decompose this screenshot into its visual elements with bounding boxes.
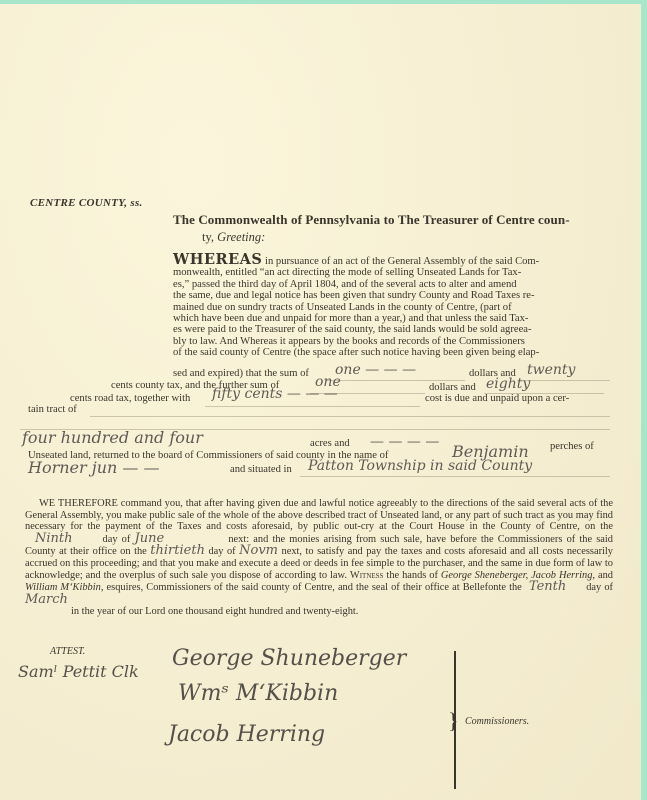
text-run: day of xyxy=(208,546,235,557)
text-line: mained due on sundry tracts of Unseated … xyxy=(173,302,611,313)
signature-2: Wmˢ M‘Kibbin xyxy=(178,681,338,706)
handwritten-day: Tenth xyxy=(525,579,586,594)
text-line: and situated in xyxy=(230,464,292,475)
commissioners-label: Commissioners. xyxy=(465,716,529,727)
therefore-lead: WE THEREFORE xyxy=(25,498,118,509)
text-line: in pursuance of an act of the General As… xyxy=(262,256,539,267)
handwritten-amount: twenty xyxy=(527,362,575,378)
whereas-paragraph: WHEREAS in pursuance of an act of the Ge… xyxy=(173,254,611,359)
handwritten-amount: fifty cents — — — xyxy=(212,386,338,402)
handwritten-month: March xyxy=(25,592,68,607)
text-run: day of xyxy=(586,582,613,593)
text-line: sed and expired) that the sum of xyxy=(173,368,309,379)
text-run: the hands of xyxy=(383,570,440,581)
handwritten-owner: Horner jun — — xyxy=(28,458,159,477)
text-line: tain tract of xyxy=(28,404,77,415)
handwritten-perches: — — — — xyxy=(370,434,439,450)
greeting-word: Greeting: xyxy=(217,230,265,244)
attest-label: ATTEST. xyxy=(50,646,85,657)
text-line: cost is due and unpaid upon a cer- xyxy=(425,393,569,404)
text-line: which have been due and unpaid for more … xyxy=(173,313,611,324)
text-run: in the year of our Lord one thousand eig… xyxy=(25,606,358,617)
text-line: es,” passed the third day of April 1804,… xyxy=(173,279,611,290)
handwritten-day: Ninth xyxy=(25,531,103,546)
text-run: and xyxy=(595,570,613,581)
text-run: esquires, Commissioners of the said coun… xyxy=(103,582,521,593)
text-line: dollars and xyxy=(429,382,476,393)
witness-word: Witness xyxy=(350,570,384,581)
text-line: es were paid to the Treasurer of the sai… xyxy=(173,324,611,335)
handwritten-month: Novm xyxy=(239,543,278,558)
signature-3: Jacob Herring xyxy=(168,722,325,747)
text-line: monwealth, entitled “an act directing th… xyxy=(173,267,611,278)
handwritten-day: thirtieth xyxy=(150,543,205,558)
brace-icon: } xyxy=(448,710,459,732)
text-line: perches of xyxy=(550,441,594,452)
text-line: the same, due and legal notice has been … xyxy=(173,290,611,301)
county-heading: CENTRE COUNTY, ss. xyxy=(30,197,143,209)
text-line: of the said county of Centre (the space … xyxy=(173,347,611,358)
document-title: The Commonwealth of Pennsylvania to The … xyxy=(173,212,570,228)
text-line: bly to law. And Whereas it appears by th… xyxy=(173,336,611,347)
handwritten-amount: one — — — xyxy=(335,362,416,378)
greeting: ty, Greeting: xyxy=(202,230,265,245)
whereas-word: WHEREAS xyxy=(173,251,262,268)
therefore-paragraph: WE THEREFORE command you, that after hav… xyxy=(25,498,613,618)
text-run: day of xyxy=(103,534,131,545)
text-line: acres and xyxy=(310,438,350,449)
signature-1: George Shuneberger xyxy=(172,646,406,671)
clerk-signature: Samˡ Pettit Clk xyxy=(18,662,139,681)
text-line: cents road tax, together with xyxy=(70,393,190,404)
document-page: CENTRE COUNTY, ss. The Commonwealth of P… xyxy=(0,4,641,800)
greeting-prefix: ty, xyxy=(202,230,217,244)
handwritten-location: Patton Township in said County xyxy=(308,458,532,474)
handwritten-acres: four hundred and four xyxy=(22,428,203,447)
handwritten-amount: eighty xyxy=(486,376,530,392)
